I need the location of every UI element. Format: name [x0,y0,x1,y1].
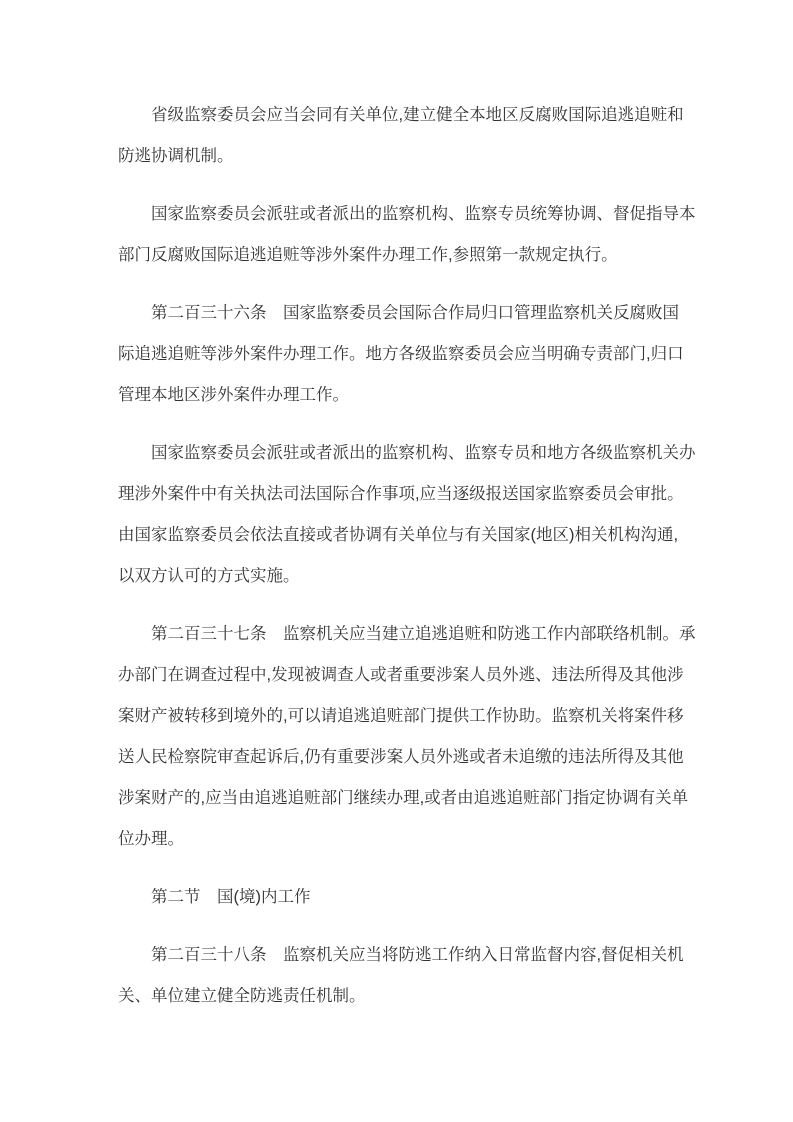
section-heading: 第二节 国(境)内工作 [118,877,718,918]
paragraph: 第二百三十八条 监察机关应当将防逃工作纳入日常监督内容,督促相关机 关、单位建立… [118,935,718,1017]
paragraph: 第二百三十七条 监察机关应当建立追逃追赃和防逃工作内部联络机制。承 办部门在调查… [118,614,718,860]
document-body: 省级监察委员会应当会同有关单位,建立健全本地区反腐败国际追逃追赃和 防逃协调机制… [118,95,718,1034]
paragraph: 省级监察委员会应当会同有关单位,建立健全本地区反腐败国际追逃追赃和 防逃协调机制… [118,95,718,177]
paragraph: 第二百三十六条 国家监察委员会国际合作局归口管理监察机关反腐败国 际追逃追赃等涉… [118,293,718,416]
paragraph: 国家监察委员会派驻或者派出的监察机构、监察专员统筹协调、督促指导本 部门反腐败国… [118,194,718,276]
paragraph: 国家监察委员会派驻或者派出的监察机构、监察专员和地方各级监察机关办 理涉外案件中… [118,433,718,597]
document-page: 省级监察委员会应当会同有关单位,建立健全本地区反腐败国际追逃追赃和 防逃协调机制… [0,0,793,1122]
